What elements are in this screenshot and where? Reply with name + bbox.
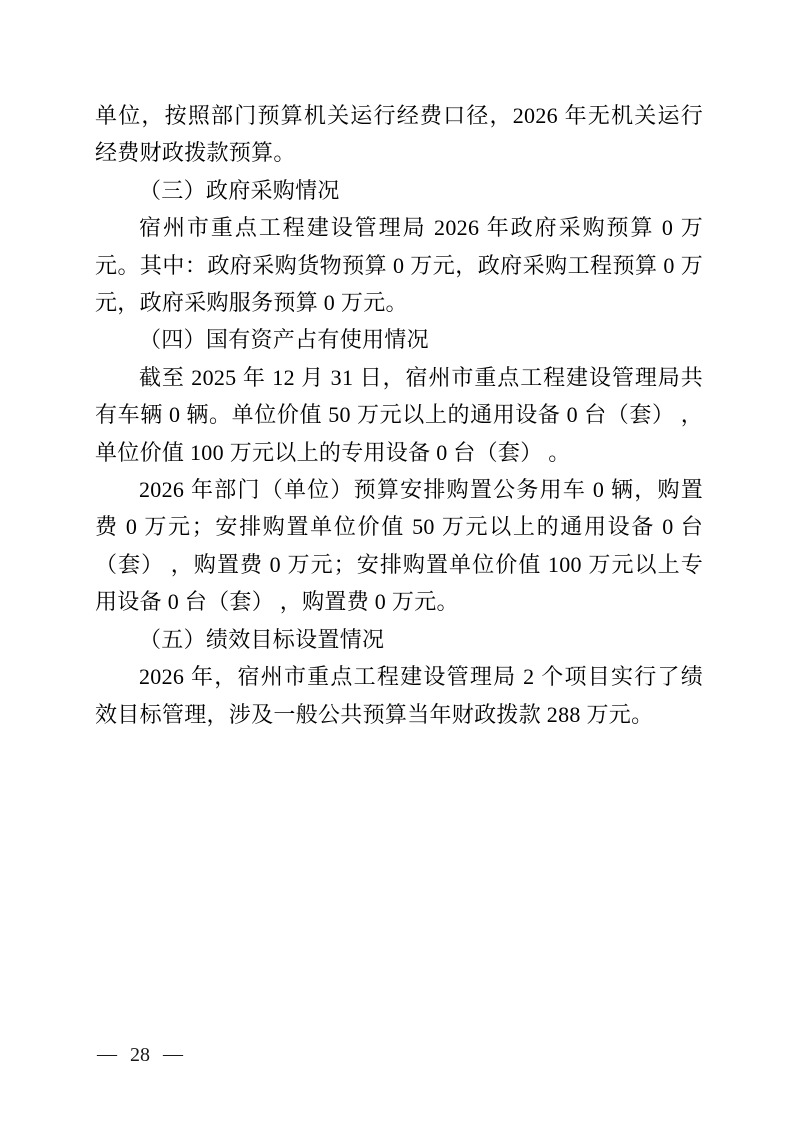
footer-dash-right: — [163,1040,183,1068]
document-body: 单位，按照部门预算机关运行经费口径，2026 年无机关运行经费财政拨款预算。 （… [95,97,703,733]
page-footer: — 28 — [97,1041,183,1069]
paragraph-state-assets: 截至 2025 年 12 月 31 日，宿州市重点工程建设管理局共有车辆 0 辆… [95,359,703,471]
section-heading-5: （五）绩效目标设置情况 [95,621,703,658]
paragraph-planned-purchases: 2026 年部门（单位）预算安排购置公务用车 0 辆，购置费 0 万元；安排购置… [95,471,703,621]
paragraph-performance-targets: 2026 年，宿州市重点工程建设管理局 2 个项目实行了绩效目标管理，涉及一般公… [95,658,703,733]
footer-page-number: 28 [130,1041,150,1069]
document-page: 单位，按照部门预算机关运行经费口径，2026 年无机关运行经费财政拨款预算。 （… [0,0,793,1122]
paragraph-continuation: 单位，按照部门预算机关运行经费口径，2026 年无机关运行经费财政拨款预算。 [95,97,703,172]
footer-dash-left: — [97,1040,117,1068]
paragraph-government-procurement: 宿州市重点工程建设管理局 2026 年政府采购预算 0 万元。其中：政府采购货物… [95,209,703,321]
section-heading-4: （四）国有资产占有使用情况 [95,321,703,358]
section-heading-3: （三）政府采购情况 [95,172,703,209]
